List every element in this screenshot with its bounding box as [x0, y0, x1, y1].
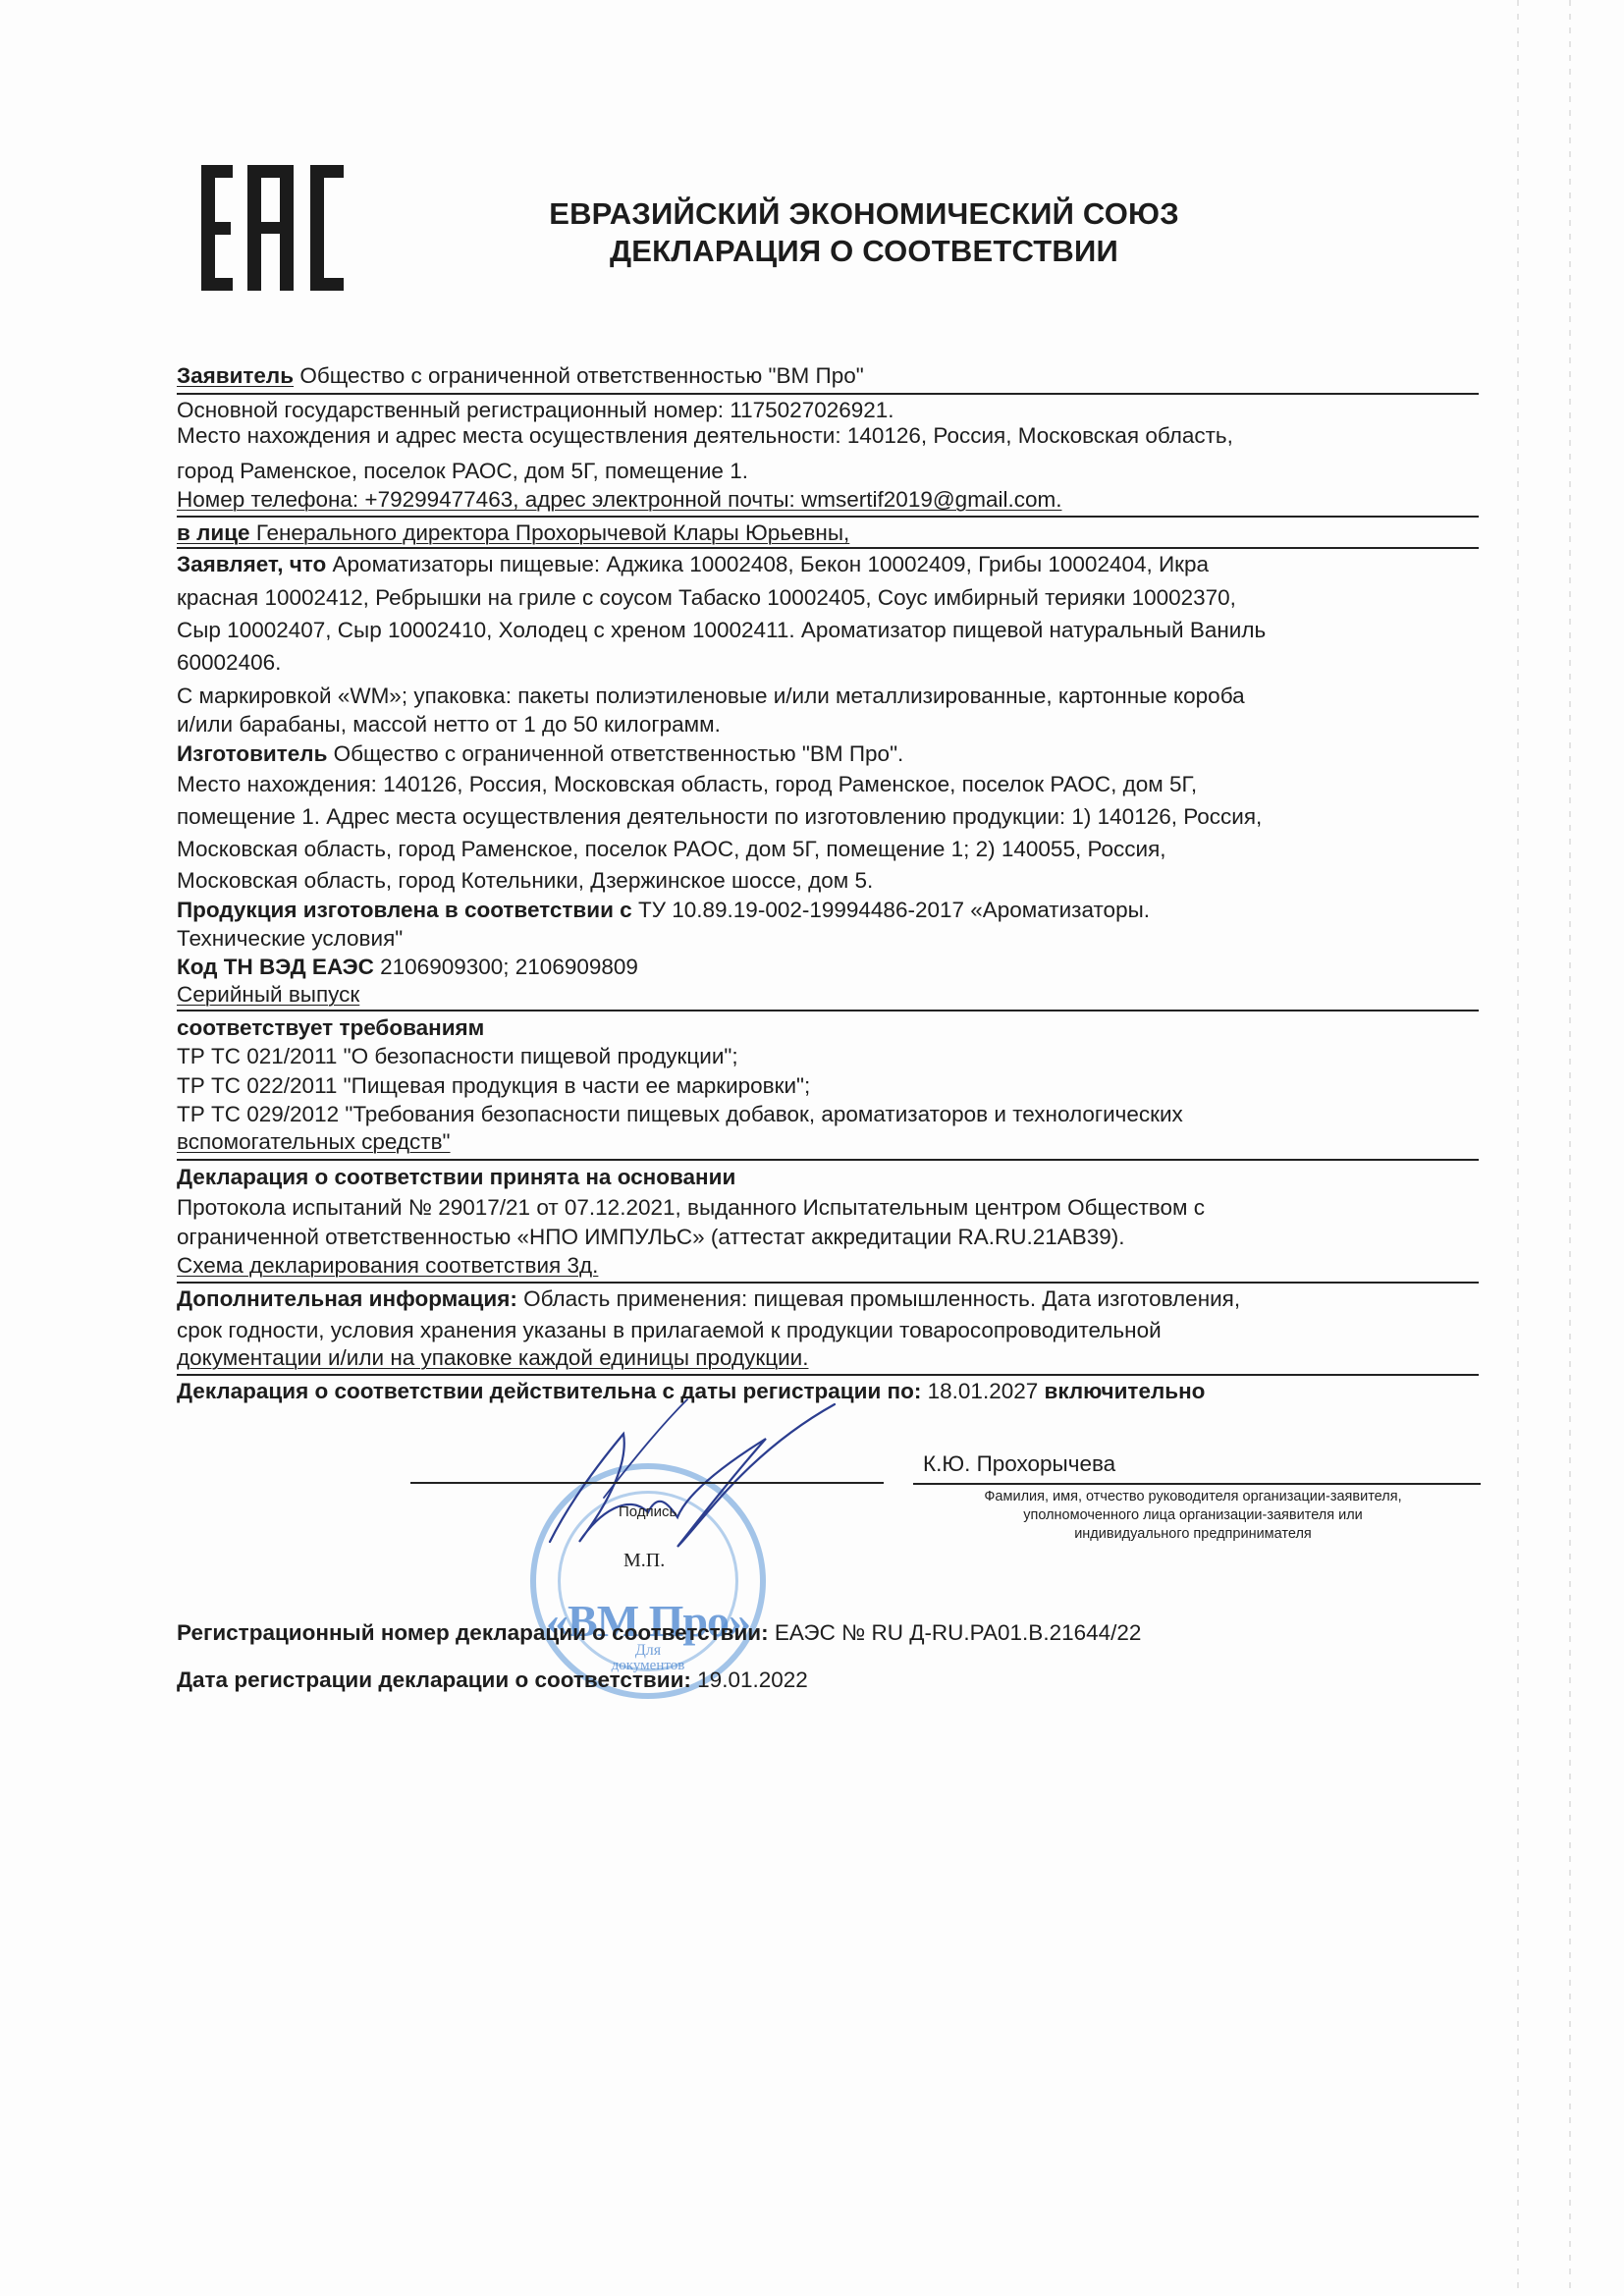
registration-number-label: Регистрационный номер декларации о соотв…: [177, 1620, 769, 1645]
declares-line-2: красная 10002412, Ребрышки на гриле с со…: [177, 585, 1236, 611]
product-standard-line: Продукция изготовлена в соответствии с Т…: [177, 898, 1150, 923]
additional-line-1: Дополнительная информация: Область приме…: [177, 1286, 1240, 1312]
hs-code-label: Код ТН ВЭД ЕАЭС: [177, 955, 374, 979]
release-type: Серийный выпуск: [177, 982, 359, 1008]
additional-line-2: срок годности, условия хранения указаны …: [177, 1318, 1162, 1343]
signer-role-3: индивидуального предпринимателя: [908, 1525, 1478, 1544]
registration-date-line: Дата регистрации декларации о соответств…: [177, 1667, 808, 1693]
signer-role-1: Фамилия, имя, отчество руководителя орга…: [908, 1488, 1478, 1506]
document-title: ДЕКЛАРАЦИЯ О СООТВЕТСТВИИ: [511, 234, 1218, 269]
signer-role-2: уполномоченного лица организации-заявите…: [908, 1506, 1478, 1525]
hs-code-line: Код ТН ВЭД ЕАЭС 2106909300; 2106909809: [177, 955, 638, 980]
applicant-label: Заявитель: [177, 363, 294, 388]
manufacturer-address-1: Место нахождения: 140126, Россия, Москов…: [177, 772, 1197, 797]
divider: [177, 1010, 1479, 1011]
applicant-address-2: город Раменское, поселок РАОС, дом 5Г, п…: [177, 459, 748, 484]
applicant-contacts: Номер телефона: +79299477463, адрес элек…: [177, 487, 1061, 513]
manufacturer-name: Общество с ограниченной ответственностью…: [327, 741, 903, 766]
applicant-address-1: Место нахождения и адрес места осуществл…: [177, 423, 1233, 449]
divider: [177, 393, 1479, 395]
divider: [177, 516, 1479, 518]
basis-line-1: Протокола испытаний № 29017/21 от 07.12.…: [177, 1195, 1205, 1221]
requirement-item: вспомогательных средств": [177, 1129, 451, 1155]
scan-artifact: [1517, 0, 1519, 2296]
seal-caption: М.П.: [623, 1550, 665, 1572]
requirement-item: ТР ТС 022/2011 "Пищевая продукция в част…: [177, 1073, 810, 1099]
signer-name: К.Ю. Прохорычева: [923, 1451, 1115, 1477]
additional-label: Дополнительная информация:: [177, 1286, 517, 1311]
divider: [177, 1374, 1479, 1376]
divider: [177, 1282, 1479, 1284]
applicant-name: Общество с ограниченной ответственностью…: [294, 363, 864, 388]
divider: [177, 547, 1479, 549]
declares-line-3: Сыр 10002407, Сыр 10002410, Холодец с хр…: [177, 618, 1266, 643]
registration-number-line: Регистрационный номер декларации о соотв…: [177, 1620, 1141, 1646]
scan-artifact: [1569, 0, 1571, 2296]
signature-caption: Подпись: [619, 1503, 677, 1520]
manufacturer-address-3: Московская область, город Раменское, пос…: [177, 837, 1166, 862]
validity-date: 18.01.2027: [921, 1379, 1044, 1403]
hs-codes: 2106909300; 2106909809: [374, 955, 638, 979]
declares-label: Заявляет, что: [177, 552, 326, 576]
requirements-label: соответствует требованиям: [177, 1015, 484, 1041]
registration-date: 19.01.2022: [691, 1667, 808, 1692]
representative-name: Генерального директора Прохорычевой Клар…: [250, 520, 850, 545]
applicant-ogrn: Основной государственный регистрационный…: [177, 398, 894, 423]
marking-line-2: и/или барабаны, массой нетто от 1 до 50 …: [177, 712, 721, 738]
signer-line: [913, 1483, 1481, 1485]
manufacturer-address-2: помещение 1. Адрес места осуществления д…: [177, 804, 1262, 830]
manufacturer-label: Изготовитель: [177, 741, 327, 766]
declares-line-1: Заявляет, что Ароматизаторы пищевые: Адж…: [177, 552, 1209, 577]
registration-date-label: Дата регистрации декларации о соответств…: [177, 1667, 691, 1692]
basis-label: Декларация о соответствии принята на осн…: [177, 1165, 735, 1190]
signature-icon: [530, 1394, 884, 1552]
declaration-scheme: Схема декларирования соответствия 3д.: [177, 1253, 598, 1279]
marking-line-1: С маркировкой «WM»; упаковка: пакеты пол…: [177, 683, 1245, 709]
requirement-item: ТР ТС 021/2011 "О безопасности пищевой п…: [177, 1044, 738, 1069]
representative-line: в лице Генерального директора Прохорычев…: [177, 520, 849, 546]
applicant-line: Заявитель Общество с ограниченной ответс…: [177, 363, 864, 389]
manufacturer-line: Изготовитель Общество с ограниченной отв…: [177, 741, 903, 767]
basis-line-2: ограниченной ответственностью «НПО ИМПУЛ…: [177, 1225, 1125, 1250]
declaration-page: ЕВРАЗИЙСКИЙ ЭКОНОМИЧЕСКИЙ СОЮЗ ДЕКЛАРАЦИ…: [0, 0, 1624, 2296]
signature-line: [410, 1482, 884, 1484]
divider: [177, 1159, 1479, 1161]
additional-line-3: документации и/или на упаковке каждой ед…: [177, 1345, 808, 1371]
manufacturer-address-4: Московская область, город Котельники, Дз…: [177, 868, 873, 894]
representative-label: в лице: [177, 520, 250, 545]
union-title: ЕВРАЗИЙСКИЙ ЭКОНОМИЧЕСКИЙ СОЮЗ: [511, 196, 1218, 232]
declares-line-4: 60002406.: [177, 650, 281, 676]
product-label: Продукция изготовлена в соответствии с: [177, 898, 632, 922]
product-standard-line-2: Технические условия": [177, 926, 403, 952]
requirement-item: ТР ТС 029/2012 "Требования безопасности …: [177, 1102, 1183, 1127]
eac-mark-icon: [201, 165, 345, 291]
registration-number: ЕАЭС № RU Д-RU.PA01.B.21644/22: [769, 1620, 1142, 1645]
